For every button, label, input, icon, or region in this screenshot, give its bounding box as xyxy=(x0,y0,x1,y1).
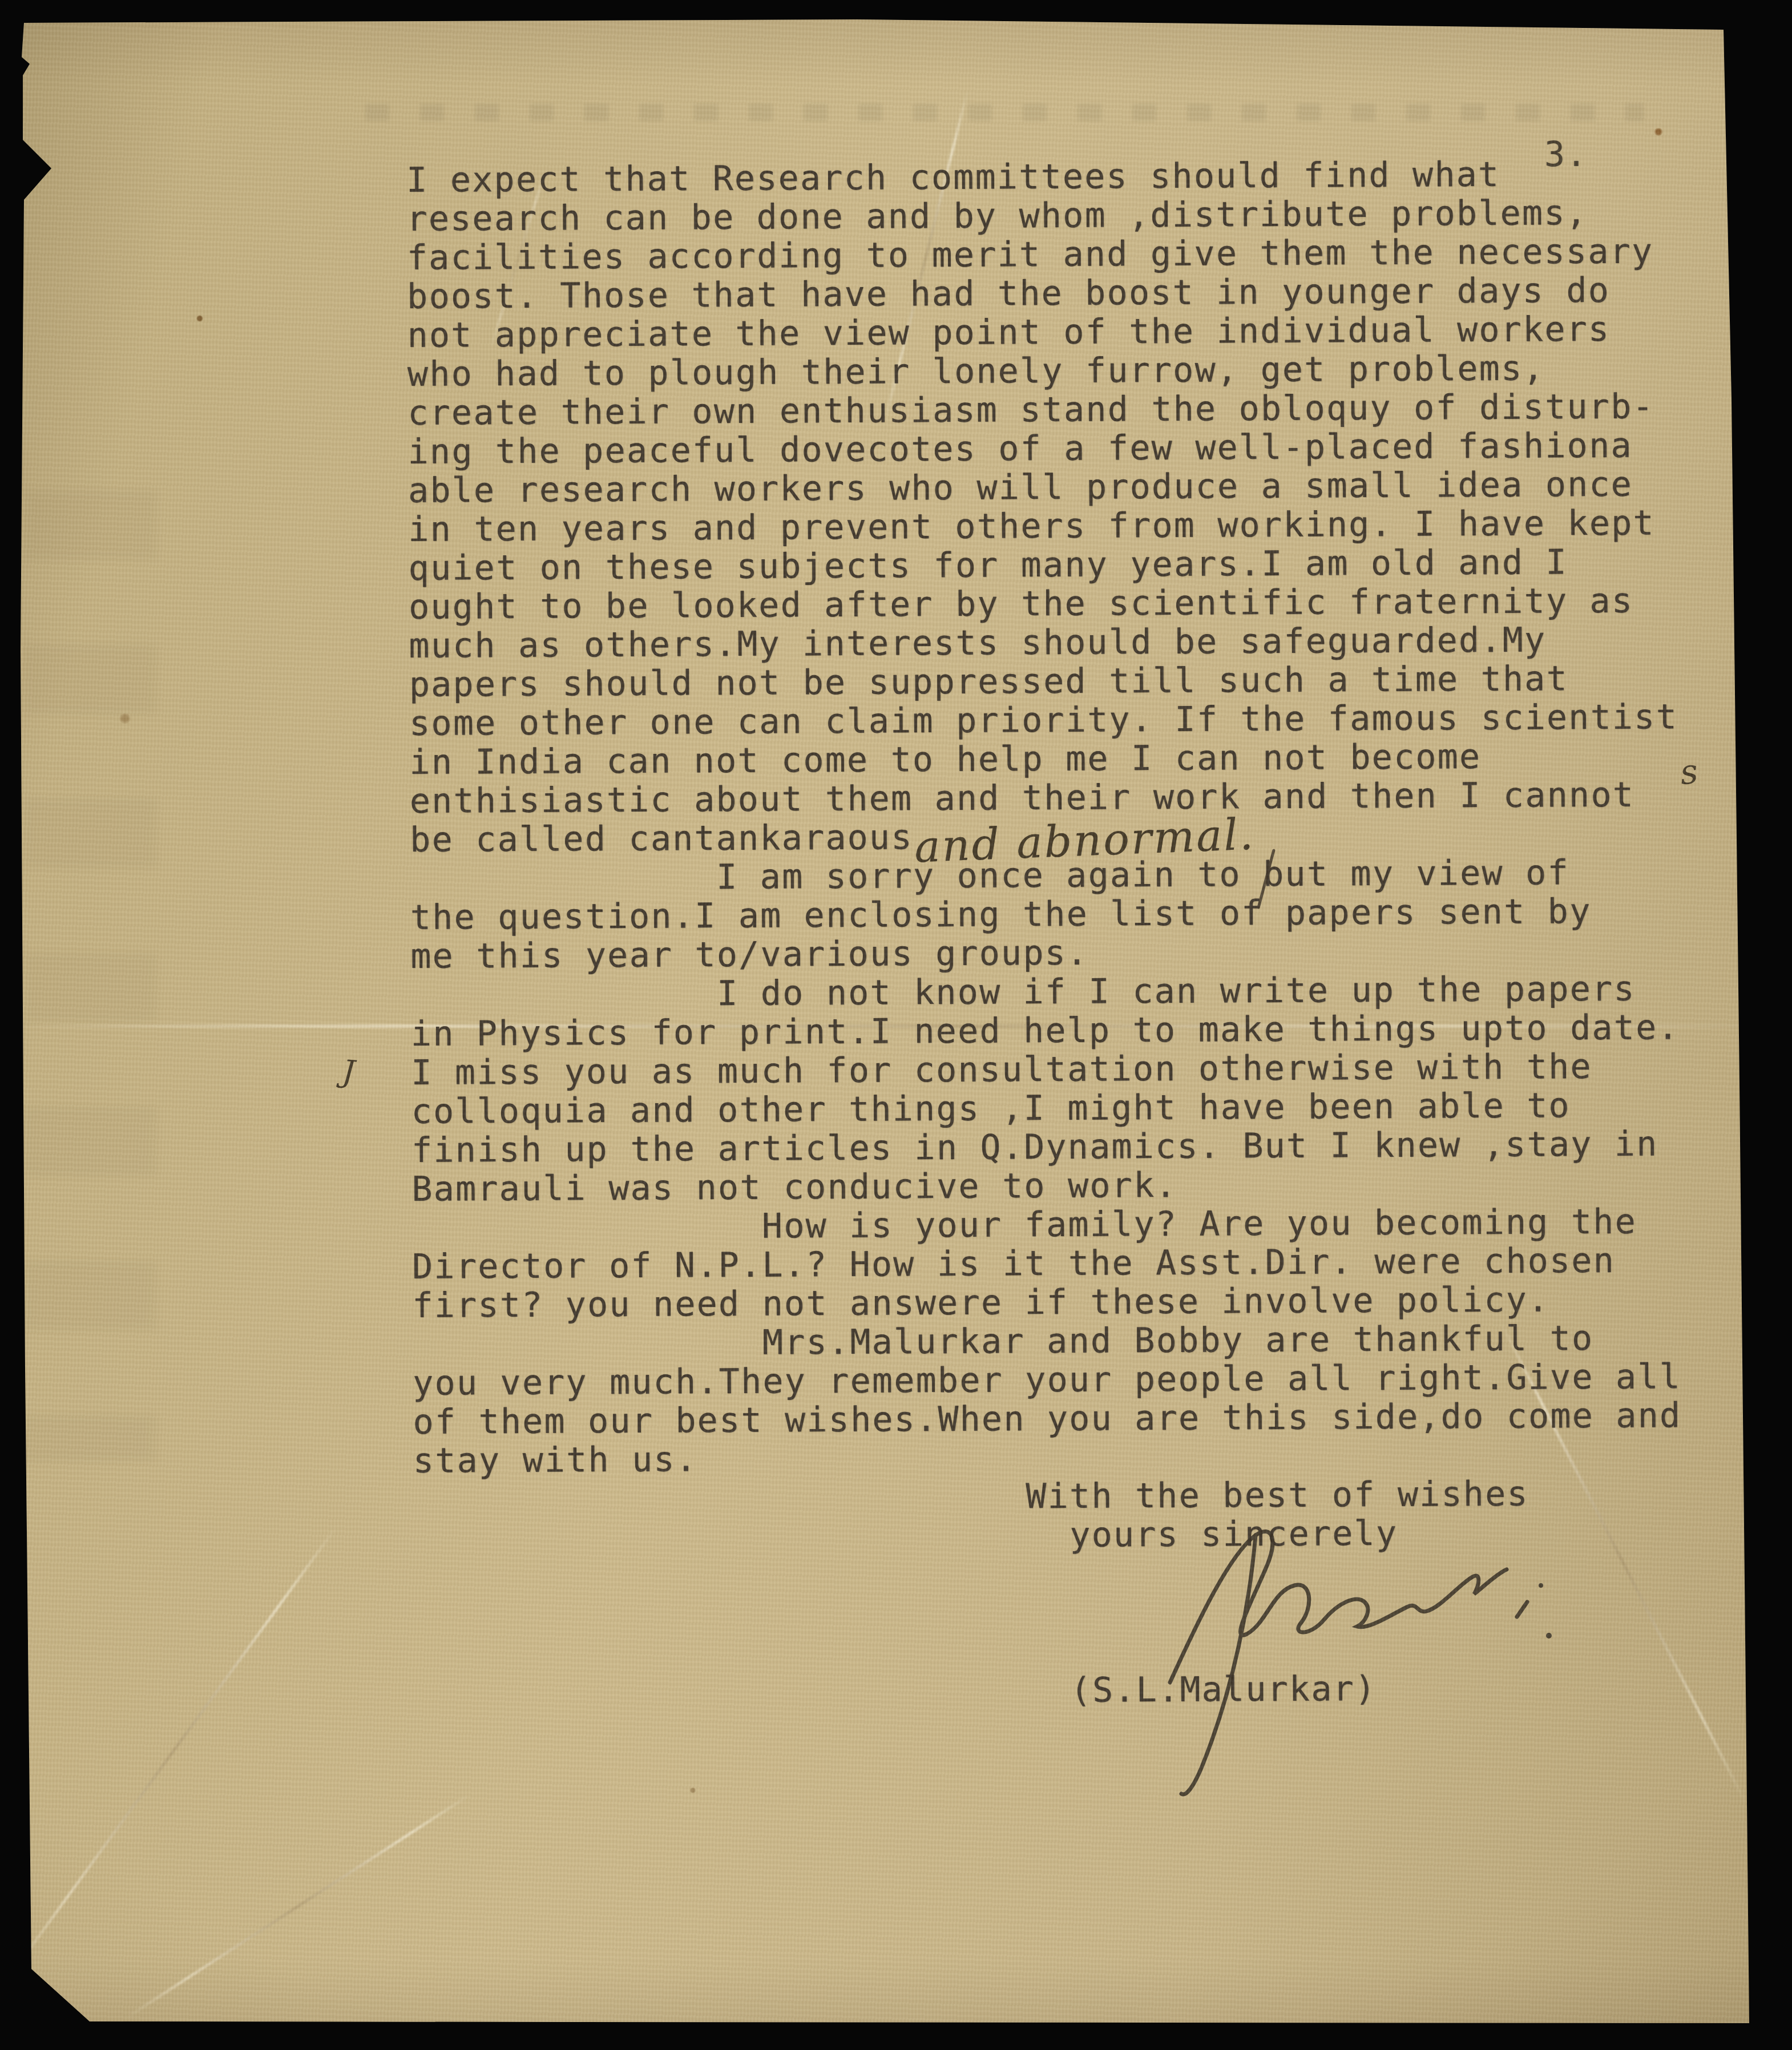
letter-line: With the best of wishes xyxy=(413,1474,1743,1519)
letter-line: much as others.My interests should be sa… xyxy=(409,620,1738,665)
letter-line: papers should not be suppressed till suc… xyxy=(409,659,1739,704)
letter-line: (S.L.Malurkar) xyxy=(414,1668,1744,1713)
letter-line: I miss you as much for consultation othe… xyxy=(411,1047,1741,1092)
letter-line: Mrs.Malurkar and Bobby are thankful to xyxy=(413,1318,1742,1364)
letter-line: in India can not come to help me I can n… xyxy=(409,736,1739,782)
stain-spot xyxy=(196,315,203,322)
handwritten-margin-s: s xyxy=(1678,752,1700,793)
letter-line xyxy=(414,1551,1743,1597)
letter-line: yours sincerely xyxy=(413,1512,1743,1558)
bleedthrough-ghost-line xyxy=(365,104,1644,121)
letter-line: I am sorry once again to but my view of xyxy=(410,853,1739,898)
letter-line: ought to be looked after by the scientif… xyxy=(409,581,1738,627)
page-number: 3. xyxy=(1544,135,1588,175)
letter-line: first? you need not answere if these inv… xyxy=(412,1280,1742,1325)
crease-line xyxy=(125,1793,471,2019)
letter-line: of them our best wishes.When you are thi… xyxy=(413,1396,1742,1442)
letter-line: some other one can claim priority. If th… xyxy=(409,697,1739,743)
letter-line: I expect that Research committees should… xyxy=(406,154,1736,200)
letter-line: colloquia and other things ,I might have… xyxy=(411,1085,1741,1131)
scanned-letter-page: 3. I expect that Research committees sho… xyxy=(0,0,1792,2050)
letter-line: enthisiastic about them and their work a… xyxy=(410,775,1739,821)
signature-scribble xyxy=(1084,1500,1564,1819)
letter-line xyxy=(414,1590,1743,1636)
letter-line: finish up the articles in Q.Dynamics. Bu… xyxy=(411,1124,1741,1170)
letter-line xyxy=(414,1629,1744,1674)
crease-line xyxy=(883,90,968,423)
handwritten-annotation: and abnormal. xyxy=(914,809,1256,873)
crease-line xyxy=(7,1525,338,1979)
letter-line: able research workers who will produce a… xyxy=(408,465,1738,510)
letter-line: Bamrauli was not conducive to work. xyxy=(411,1163,1741,1209)
letter-line: me this year to/various groups. xyxy=(410,930,1740,976)
letter-line: who had to plough their lonely furrow, g… xyxy=(407,348,1737,394)
letter-line: create their own enthusiasm stand the ob… xyxy=(407,387,1737,433)
letter-line: you very much.They remember your people … xyxy=(413,1357,1742,1403)
crease-line xyxy=(489,169,547,350)
handwritten-margin-mark: J xyxy=(341,1053,356,1089)
bleedthrough-ghost xyxy=(25,491,156,1461)
letter-line: How is your family? Are you becoming the xyxy=(412,1202,1742,1248)
stain-spot xyxy=(119,713,131,724)
letter-line: quiet on these subjects for many years.I… xyxy=(409,542,1738,588)
letter-line: research can be done and by whom ,distri… xyxy=(406,193,1736,239)
letter-line: stay with us. xyxy=(413,1435,1743,1480)
letter-line: ing the peaceful dovecotes of a few well… xyxy=(407,426,1737,471)
letter-line: not appreciate the view point of the ind… xyxy=(407,309,1737,355)
letter-line: Director of N.P.L.? How is it the Asst.D… xyxy=(412,1241,1742,1286)
handwritten-slash-correction xyxy=(1257,849,1276,909)
letter-line: I do not know if I can write up the pape… xyxy=(410,969,1740,1015)
letter-body: I expect that Research committees should… xyxy=(406,154,1744,1713)
letter-line: facilities according to merit and give t… xyxy=(407,232,1737,277)
stain-spot xyxy=(689,1787,696,1793)
letter-line: the question.I am enclosing the list of … xyxy=(410,891,1740,937)
paper-sheet: 3. I expect that Research committees sho… xyxy=(0,0,1792,2050)
fold-line xyxy=(0,1024,1769,1028)
letter-line: be called cantankaraous xyxy=(410,814,1739,859)
stain-spot xyxy=(1654,128,1663,136)
crease-line xyxy=(1498,1319,1747,1803)
letter-line: boost. Those that have had the boost in … xyxy=(407,271,1737,316)
letter-line: in Physics for print.I need help to make… xyxy=(411,1008,1741,1054)
letter-line: in ten years and prevent others from wor… xyxy=(408,503,1738,549)
